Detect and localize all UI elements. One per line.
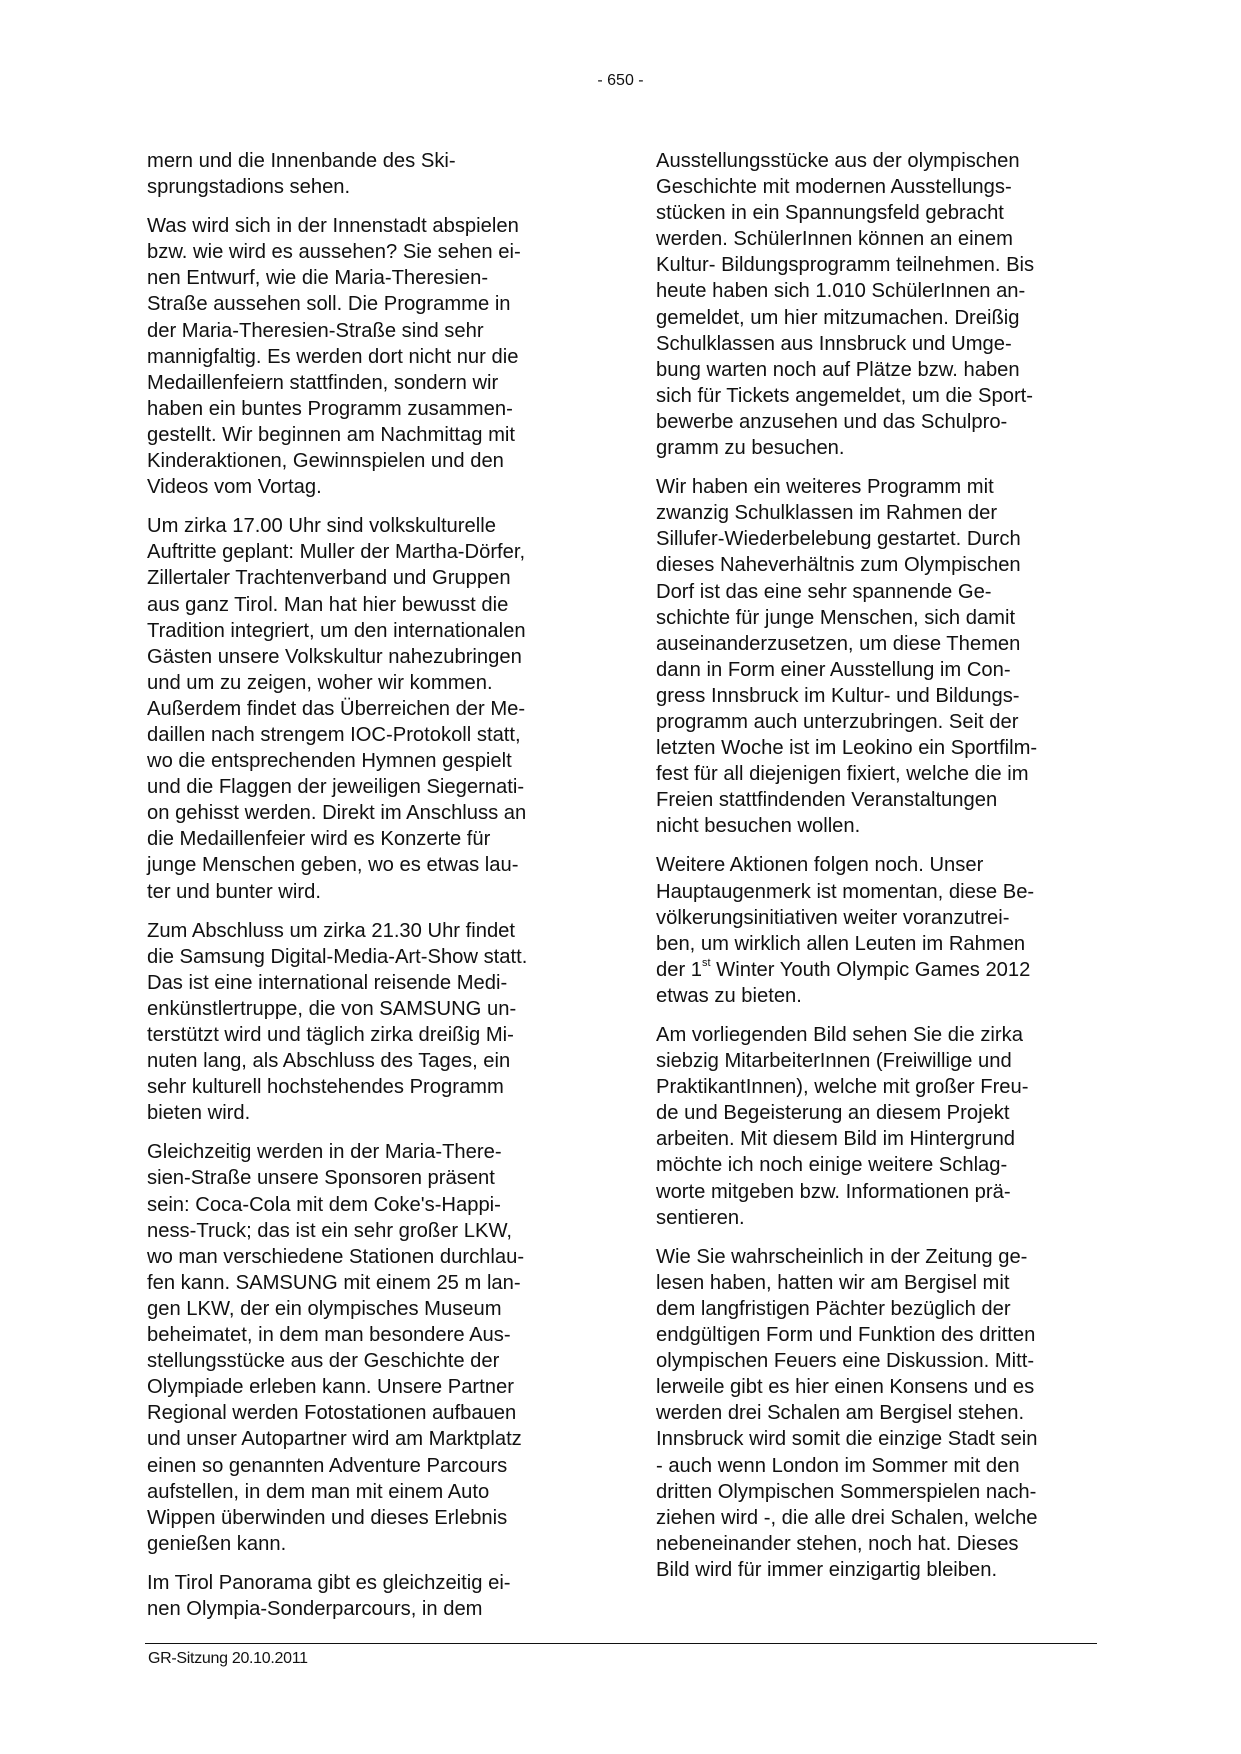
text-line: die Medaillenfeier wird es Konzerte für bbox=[147, 826, 592, 852]
ordinal-superscript: st bbox=[702, 957, 711, 969]
text-line: Dorf ist das eine sehr spannende Ge- bbox=[656, 579, 1101, 605]
text-line: Straße aussehen soll. Die Programme in bbox=[147, 291, 592, 317]
text-line: Was wird sich in der Innenstadt abspiele… bbox=[147, 213, 592, 239]
paragraph: Was wird sich in der Innenstadt abspiele… bbox=[147, 213, 592, 500]
text-line: lerweile gibt es hier einen Konsens und … bbox=[656, 1374, 1101, 1400]
text-line: worte mitgeben bzw. Informationen prä- bbox=[656, 1179, 1101, 1205]
text-fragment: Winter Youth Olympic Games 2012 bbox=[711, 959, 1031, 981]
text-line: nuten lang, als Abschluss des Tages, ein bbox=[147, 1048, 592, 1074]
paragraph: mern und die Innenbande des Ski-sprungst… bbox=[147, 148, 592, 200]
text-line: beheimatet, in dem man besondere Aus- bbox=[147, 1322, 592, 1348]
text-line: ness-Truck; das ist ein sehr großer LKW, bbox=[147, 1218, 592, 1244]
text-line: Gleichzeitig werden in der Maria-There- bbox=[147, 1139, 592, 1165]
text-line: Im Tirol Panorama gibt es gleichzeitig e… bbox=[147, 1570, 592, 1596]
text-line: lesen haben, hatten wir am Bergisel mit bbox=[656, 1270, 1101, 1296]
text-line: enkünstlertruppe, die von SAMSUNG un- bbox=[147, 996, 592, 1022]
text-line: gress Innsbruck im Kultur- und Bildungs- bbox=[656, 683, 1101, 709]
text-line: Hauptaugenmerk ist momentan, diese Be- bbox=[656, 879, 1101, 905]
text-line: sich für Tickets angemeldet, um die Spor… bbox=[656, 383, 1101, 409]
text-line: und unser Autopartner wird am Marktplatz bbox=[147, 1426, 592, 1452]
paragraph: Wir haben ein weiteres Programm mitzwanz… bbox=[656, 474, 1101, 839]
text-line: aus ganz Tirol. Man hat hier bewusst die bbox=[147, 592, 592, 618]
paragraph: Um zirka 17.00 Uhr sind volkskulturelleA… bbox=[147, 513, 592, 904]
paragraph: Am vorliegenden Bild sehen Sie die zirka… bbox=[656, 1022, 1101, 1231]
text-line: Bild wird für immer einzigartig bleiben. bbox=[656, 1557, 1101, 1583]
text-line: - auch wenn London im Sommer mit den bbox=[656, 1453, 1101, 1479]
text-line: nebeneinander stehen, noch hat. Dieses bbox=[656, 1531, 1101, 1557]
text-line: und die Flaggen der jeweiligen Siegernat… bbox=[147, 774, 592, 800]
paragraph: Wie Sie wahrscheinlich in der Zeitung ge… bbox=[656, 1244, 1101, 1583]
text-line: sentieren. bbox=[656, 1205, 1101, 1231]
text-line: Geschichte mit modernen Ausstellungs- bbox=[656, 174, 1101, 200]
text-line: stellungsstücke aus der Geschichte der bbox=[147, 1348, 592, 1374]
text-line: stücken in ein Spannungsfeld gebracht bbox=[656, 200, 1101, 226]
text-line: Zillertaler Trachtenverband und Gruppen bbox=[147, 565, 592, 591]
text-line: schichte für junge Menschen, sich damit bbox=[656, 605, 1101, 631]
text-line: die Samsung Digital-Media-Art-Show statt… bbox=[147, 944, 592, 970]
text-line: werden drei Schalen am Bergisel stehen. bbox=[656, 1400, 1101, 1426]
text-line: Olympiade erleben kann. Unsere Partner bbox=[147, 1374, 592, 1400]
text-line: daillen nach strengem IOC-Protokoll stat… bbox=[147, 722, 592, 748]
text-line: Außerdem findet das Überreichen der Me- bbox=[147, 696, 592, 722]
text-line: sien-Straße unsere Sponsoren präsent bbox=[147, 1165, 592, 1191]
text-line: Zum Abschluss um zirka 21.30 Uhr findet bbox=[147, 918, 592, 944]
paragraph: Gleichzeitig werden in der Maria-There-s… bbox=[147, 1139, 592, 1557]
text-line: Videos vom Vortag. bbox=[147, 474, 592, 500]
text-line: fen kann. SAMSUNG mit einem 25 m lan- bbox=[147, 1270, 592, 1296]
text-line: Ausstellungsstücke aus der olympischen bbox=[656, 148, 1101, 174]
text-line: mern und die Innenbande des Ski- bbox=[147, 148, 592, 174]
text-line: Regional werden Fotostationen aufbauen bbox=[147, 1400, 592, 1426]
text-line: dritten Olympischen Sommerspielen nach- bbox=[656, 1479, 1101, 1505]
text-line: programm auch unterzubringen. Seit der bbox=[656, 709, 1101, 735]
text-line: und um zu zeigen, woher wir kommen. bbox=[147, 670, 592, 696]
text-line: nen Olympia-Sonderparcours, in dem bbox=[147, 1596, 592, 1622]
text-line: ziehen wird -, die alle drei Schalen, we… bbox=[656, 1505, 1101, 1531]
text-line: völkerungsinitiativen weiter voranzutrei… bbox=[656, 905, 1101, 931]
text-line: der 1st Winter Youth Olympic Games 2012 bbox=[656, 957, 1101, 983]
text-line: Kultur- Bildungsprogramm teilnehmen. Bis bbox=[656, 252, 1101, 278]
text-line: Tradition integriert, um den internation… bbox=[147, 618, 592, 644]
text-line: wo die entsprechenden Hymnen gespielt bbox=[147, 748, 592, 774]
text-line: werden. SchülerInnen können an einem bbox=[656, 226, 1101, 252]
text-line: möchte ich noch einige weitere Schlag- bbox=[656, 1152, 1101, 1178]
text-line: bieten wird. bbox=[147, 1100, 592, 1126]
text-line: gemeldet, um hier mitzumachen. Dreißig bbox=[656, 305, 1101, 331]
text-line: junge Menschen geben, wo es etwas lau- bbox=[147, 852, 592, 878]
text-line: PraktikantInnen), welche mit großer Freu… bbox=[656, 1074, 1101, 1100]
text-line: einen so genannten Adventure Parcours bbox=[147, 1453, 592, 1479]
text-line: dieses Naheverhältnis zum Olympischen bbox=[656, 552, 1101, 578]
text-line: dem langfristigen Pächter bezüglich der bbox=[656, 1296, 1101, 1322]
text-line: fest für all diejenigen fixiert, welche … bbox=[656, 761, 1101, 787]
footer-divider bbox=[145, 1643, 1097, 1644]
text-line: olympischen Feuers eine Diskussion. Mitt… bbox=[656, 1348, 1101, 1374]
text-line: sehr kulturell hochstehendes Programm bbox=[147, 1074, 592, 1100]
text-line: Weitere Aktionen folgen noch. Unser bbox=[656, 852, 1101, 878]
paragraph: Zum Abschluss um zirka 21.30 Uhr findetd… bbox=[147, 918, 592, 1127]
text-line: Medaillenfeiern stattfinden, sondern wir bbox=[147, 370, 592, 396]
text-line: auseinanderzusetzen, um diese Themen bbox=[656, 631, 1101, 657]
text-line: bewerbe anzusehen und das Schulpro- bbox=[656, 409, 1101, 435]
text-line: Schulklassen aus Innsbruck und Umge- bbox=[656, 331, 1101, 357]
text-line: Am vorliegenden Bild sehen Sie die zirka bbox=[656, 1022, 1101, 1048]
text-line: sprungstadions sehen. bbox=[147, 174, 592, 200]
text-line: genießen kann. bbox=[147, 1531, 592, 1557]
text-line: Um zirka 17.00 Uhr sind volkskulturelle bbox=[147, 513, 592, 539]
paragraph: Im Tirol Panorama gibt es gleichzeitig e… bbox=[147, 1570, 592, 1622]
paragraph: Weitere Aktionen folgen noch. UnserHaupt… bbox=[656, 852, 1101, 1009]
text-line: siebzig MitarbeiterInnen (Freiwillige un… bbox=[656, 1048, 1101, 1074]
text-line: zwanzig Schulklassen im Rahmen der bbox=[656, 500, 1101, 526]
text-line: Wir haben ein weiteres Programm mit bbox=[656, 474, 1101, 500]
text-line: on gehisst werden. Direkt im Anschluss a… bbox=[147, 800, 592, 826]
text-line: gen LKW, der ein olympisches Museum bbox=[147, 1296, 592, 1322]
text-line: Sillufer-Wiederbelebung gestartet. Durch bbox=[656, 526, 1101, 552]
text-line: gramm zu besuchen. bbox=[656, 435, 1101, 461]
text-line: sein: Coca-Cola mit dem Coke's-Happi- bbox=[147, 1192, 592, 1218]
text-line: letzten Woche ist im Leokino ein Sportfi… bbox=[656, 735, 1101, 761]
text-line: ben, um wirklich allen Leuten im Rahmen bbox=[656, 931, 1101, 957]
text-line: Kinderaktionen, Gewinnspielen und den bbox=[147, 448, 592, 474]
text-line: nicht besuchen wollen. bbox=[656, 813, 1101, 839]
text-line: bzw. wie wird es aussehen? Sie sehen ei- bbox=[147, 239, 592, 265]
text-line: Auftritte geplant: Muller der Martha-Dör… bbox=[147, 539, 592, 565]
text-line: Das ist eine international reisende Medi… bbox=[147, 970, 592, 996]
text-line: mannigfaltig. Es werden dort nicht nur d… bbox=[147, 344, 592, 370]
text-line: gestellt. Wir beginnen am Nachmittag mit bbox=[147, 422, 592, 448]
text-fragment: der 1 bbox=[656, 959, 702, 981]
text-line: aufstellen, in dem man mit einem Auto bbox=[147, 1479, 592, 1505]
text-line: Wie Sie wahrscheinlich in der Zeitung ge… bbox=[656, 1244, 1101, 1270]
text-line: Gästen unsere Volkskultur nahezubringen bbox=[147, 644, 592, 670]
right-column: Ausstellungsstücke aus der olympischenGe… bbox=[656, 148, 1101, 1596]
text-line: Wippen überwinden und dieses Erlebnis bbox=[147, 1505, 592, 1531]
paragraph: Ausstellungsstücke aus der olympischenGe… bbox=[656, 148, 1101, 461]
footer-session-date: GR-Sitzung 20.10.2011 bbox=[148, 1650, 308, 1668]
text-line: der Maria-Theresien-Straße sind sehr bbox=[147, 318, 592, 344]
text-line: de und Begeisterung an diesem Projekt bbox=[656, 1100, 1101, 1126]
text-line: endgültigen Form und Funktion des dritte… bbox=[656, 1322, 1101, 1348]
page-number: - 650 - bbox=[0, 72, 1241, 90]
text-line: haben ein buntes Programm zusammen- bbox=[147, 396, 592, 422]
text-line: ter und bunter wird. bbox=[147, 879, 592, 905]
text-line: etwas zu bieten. bbox=[656, 983, 1101, 1009]
text-line: wo man verschiedene Stationen durchlau- bbox=[147, 1244, 592, 1270]
left-column: mern und die Innenbande des Ski-sprungst… bbox=[147, 148, 592, 1635]
text-line: nen Entwurf, wie die Maria-Theresien- bbox=[147, 265, 592, 291]
text-line: dann in Form einer Ausstellung im Con- bbox=[656, 657, 1101, 683]
text-line: arbeiten. Mit diesem Bild im Hintergrund bbox=[656, 1126, 1101, 1152]
text-line: Freien stattfindenden Veranstaltungen bbox=[656, 787, 1101, 813]
text-line: heute haben sich 1.010 SchülerInnen an- bbox=[656, 278, 1101, 304]
text-line: Innsbruck wird somit die einzige Stadt s… bbox=[656, 1426, 1101, 1452]
text-line: bung warten noch auf Plätze bzw. haben bbox=[656, 357, 1101, 383]
text-line: terstützt wird und täglich zirka dreißig… bbox=[147, 1022, 592, 1048]
